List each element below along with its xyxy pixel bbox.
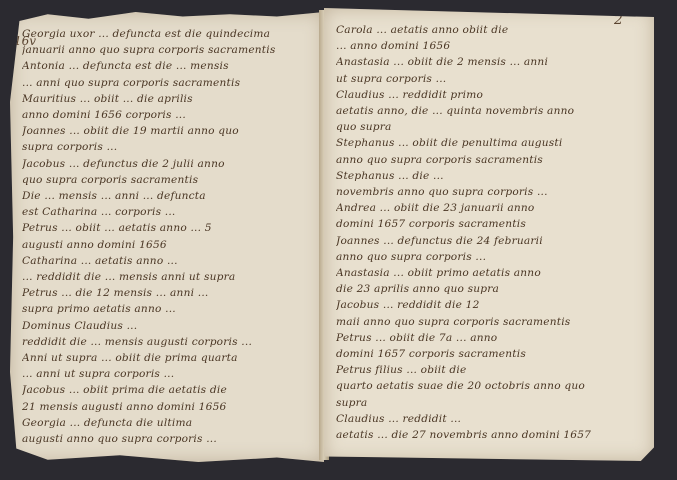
manuscript-line: ... anni quo supra corporis sacramentis xyxy=(22,75,314,91)
manuscript-line: Carola ... aetatis anno obiit die xyxy=(336,22,644,38)
manuscript-line: Catharina ... aetatis anno ... xyxy=(22,253,314,269)
manuscript-line: aetatis anno, die ... quinta novembris a… xyxy=(336,103,644,119)
manuscript-line: supra xyxy=(336,395,644,411)
manuscript-line: domini 1657 corporis sacramentis xyxy=(336,216,644,232)
manuscript-line: Anastasia ... obiit primo aetatis anno xyxy=(336,265,644,281)
manuscript-line: novembris anno quo supra corporis ... xyxy=(336,184,644,200)
left-page-text: Georgia uxor ... defuncta est die quinde… xyxy=(22,26,314,447)
manuscript-line: quo supra xyxy=(336,119,644,135)
manuscript-line: anno quo supra corporis sacramentis xyxy=(336,152,644,168)
manuscript-line: quarto aetatis suae die 20 octobris anno… xyxy=(336,378,644,394)
manuscript-line: Stephanus ... die ... xyxy=(336,168,644,184)
manuscript-line: Jacobus ... reddidit die 12 xyxy=(336,297,644,313)
manuscript-line: ... anno domini 1656 xyxy=(336,38,644,54)
right-page: 2 Carola ... aetatis anno obiit die... a… xyxy=(324,8,654,461)
manuscript-line: Die ... mensis ... anni ... defuncta xyxy=(22,188,314,204)
manuscript-line: Mauritius ... obiit ... die aprilis xyxy=(22,91,314,107)
manuscript-line: reddidit die ... mensis augusti corporis… xyxy=(22,334,314,350)
manuscript-line: augusti anno quo supra corporis ... xyxy=(22,431,314,447)
manuscript-line: Stephanus ... obiit die penultima august… xyxy=(336,135,644,151)
manuscript-line: Andrea ... obiit die 23 januarii anno xyxy=(336,200,644,216)
manuscript-line: quo supra corporis sacramentis xyxy=(22,172,314,188)
manuscript-line: Claudius ... reddidit primo xyxy=(336,87,644,103)
manuscript-line: Georgia ... defuncta die ultima xyxy=(22,415,314,431)
manuscript-line: anno quo supra corporis ... xyxy=(336,249,644,265)
manuscript-line: domini 1657 corporis sacramentis xyxy=(336,346,644,362)
manuscript-line: Dominus Claudius ... xyxy=(22,318,314,334)
manuscript-line: Petrus ... die 12 mensis ... anni ... xyxy=(22,285,314,301)
left-page: 16v Georgia uxor ... defuncta est die qu… xyxy=(10,12,324,462)
manuscript-line: Petrus ... obiit die 7a ... anno xyxy=(336,330,644,346)
manuscript-line: Anastasia ... obiit die 2 mensis ... ann… xyxy=(336,54,644,70)
manuscript-line: ut supra corporis ... xyxy=(336,71,644,87)
manuscript-line: supra primo aetatis anno ... xyxy=(22,301,314,317)
manuscript-line: maii anno quo supra corporis sacramentis xyxy=(336,314,644,330)
manuscript-line: Antonia ... defuncta est die ... mensis xyxy=(22,58,314,74)
manuscript-line: Joannes ... defunctus die 24 februarii xyxy=(336,233,644,249)
manuscript-line: Georgia uxor ... defuncta est die quinde… xyxy=(22,26,314,42)
right-page-text: Carola ... aetatis anno obiit die... ann… xyxy=(336,22,644,443)
manuscript-line: anno domini 1656 corporis ... xyxy=(22,107,314,123)
manuscript-line: ... anni ut supra corporis ... xyxy=(22,366,314,382)
manuscript-line: ... reddidit die ... mensis anni ut supr… xyxy=(22,269,314,285)
manuscript-line: Joannes ... obiit die 19 martii anno quo xyxy=(22,123,314,139)
manuscript-line: Anni ut supra ... obiit die prima quarta xyxy=(22,350,314,366)
manuscript-line: Jacobus ... obiit prima die aetatis die xyxy=(22,382,314,398)
manuscript-line: die 23 aprilis anno quo supra xyxy=(336,281,644,297)
manuscript-line: Claudius ... reddidit ... xyxy=(336,411,644,427)
manuscript-line: Petrus filius ... obiit die xyxy=(336,362,644,378)
manuscript-line: supra corporis ... xyxy=(22,139,314,155)
manuscript-line: aetatis ... die 27 novembris anno domini… xyxy=(336,427,644,443)
manuscript-line: januarii anno quo supra corporis sacrame… xyxy=(22,42,314,58)
manuscript-line: augusti anno domini 1656 xyxy=(22,237,314,253)
manuscript-line: est Catharina ... corporis ... xyxy=(22,204,314,220)
manuscript-line: 21 mensis augusti anno domini 1656 xyxy=(22,399,314,415)
manuscript-line: Petrus ... obiit ... aetatis anno ... 5 xyxy=(22,220,314,236)
manuscript-line: Jacobus ... defunctus die 2 julii anno xyxy=(22,156,314,172)
